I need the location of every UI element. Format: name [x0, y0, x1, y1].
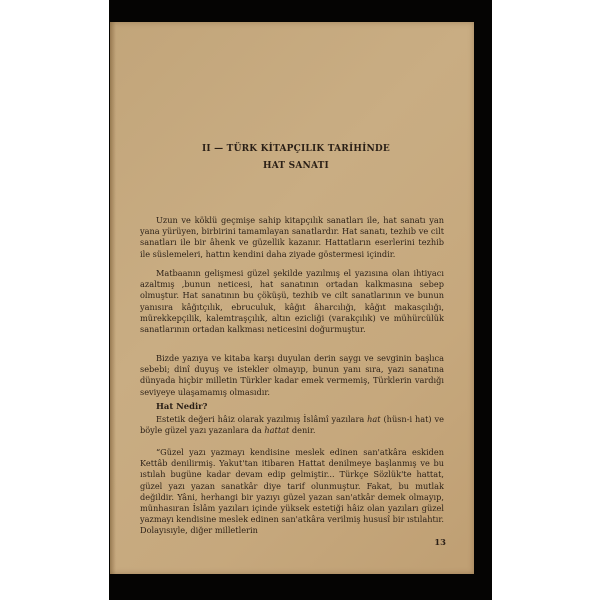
definition-text: Estetik değeri hâiz olarak yazılmış İslâ…: [140, 414, 444, 436]
paragraph-1: Uzun ve köklü geçmişe sahip kitapçılık s…: [140, 215, 444, 260]
paragraph-2: Matbaanın gelişmesi güzel şekilde yazılm…: [140, 268, 444, 335]
paragraph-3: Bizde yazıya ve kitaba karşı duyulan der…: [140, 353, 444, 398]
chapter-title: II — TÜRK KİTAPÇILIK TARİHİNDE: [118, 144, 474, 154]
chapter-subtitle: HAT SANATI: [118, 161, 474, 171]
book-page: II — TÜRK KİTAPÇILIK TARİHİNDE HAT SANAT…: [110, 22, 474, 574]
definition-part: denir.: [289, 425, 315, 435]
definition-part: Estetik değeri hâiz olarak yazılmış İslâ…: [156, 414, 367, 424]
paragraph-text: Uzun ve köklü geçmişe sahip kitapçılık s…: [140, 215, 444, 260]
quote-paragraph: “Güzel yazı yazmayı kendisine meslek edi…: [140, 447, 444, 537]
page-number: 13: [434, 537, 446, 547]
definition-paragraph: Estetik değeri hâiz olarak yazılmış İslâ…: [140, 414, 444, 436]
paragraph-text: “Güzel yazı yazmayı kendisine meslek edi…: [140, 447, 444, 537]
paragraph-text: Bizde yazıya ve kitaba karşı duyulan der…: [140, 353, 444, 398]
section-heading: Hat Nedir?: [156, 401, 460, 412]
term-hat: hat: [367, 414, 380, 424]
term-hattat: hattat: [264, 425, 289, 435]
paragraph-text: Matbaanın gelişmesi güzel şekilde yazılm…: [140, 268, 444, 335]
